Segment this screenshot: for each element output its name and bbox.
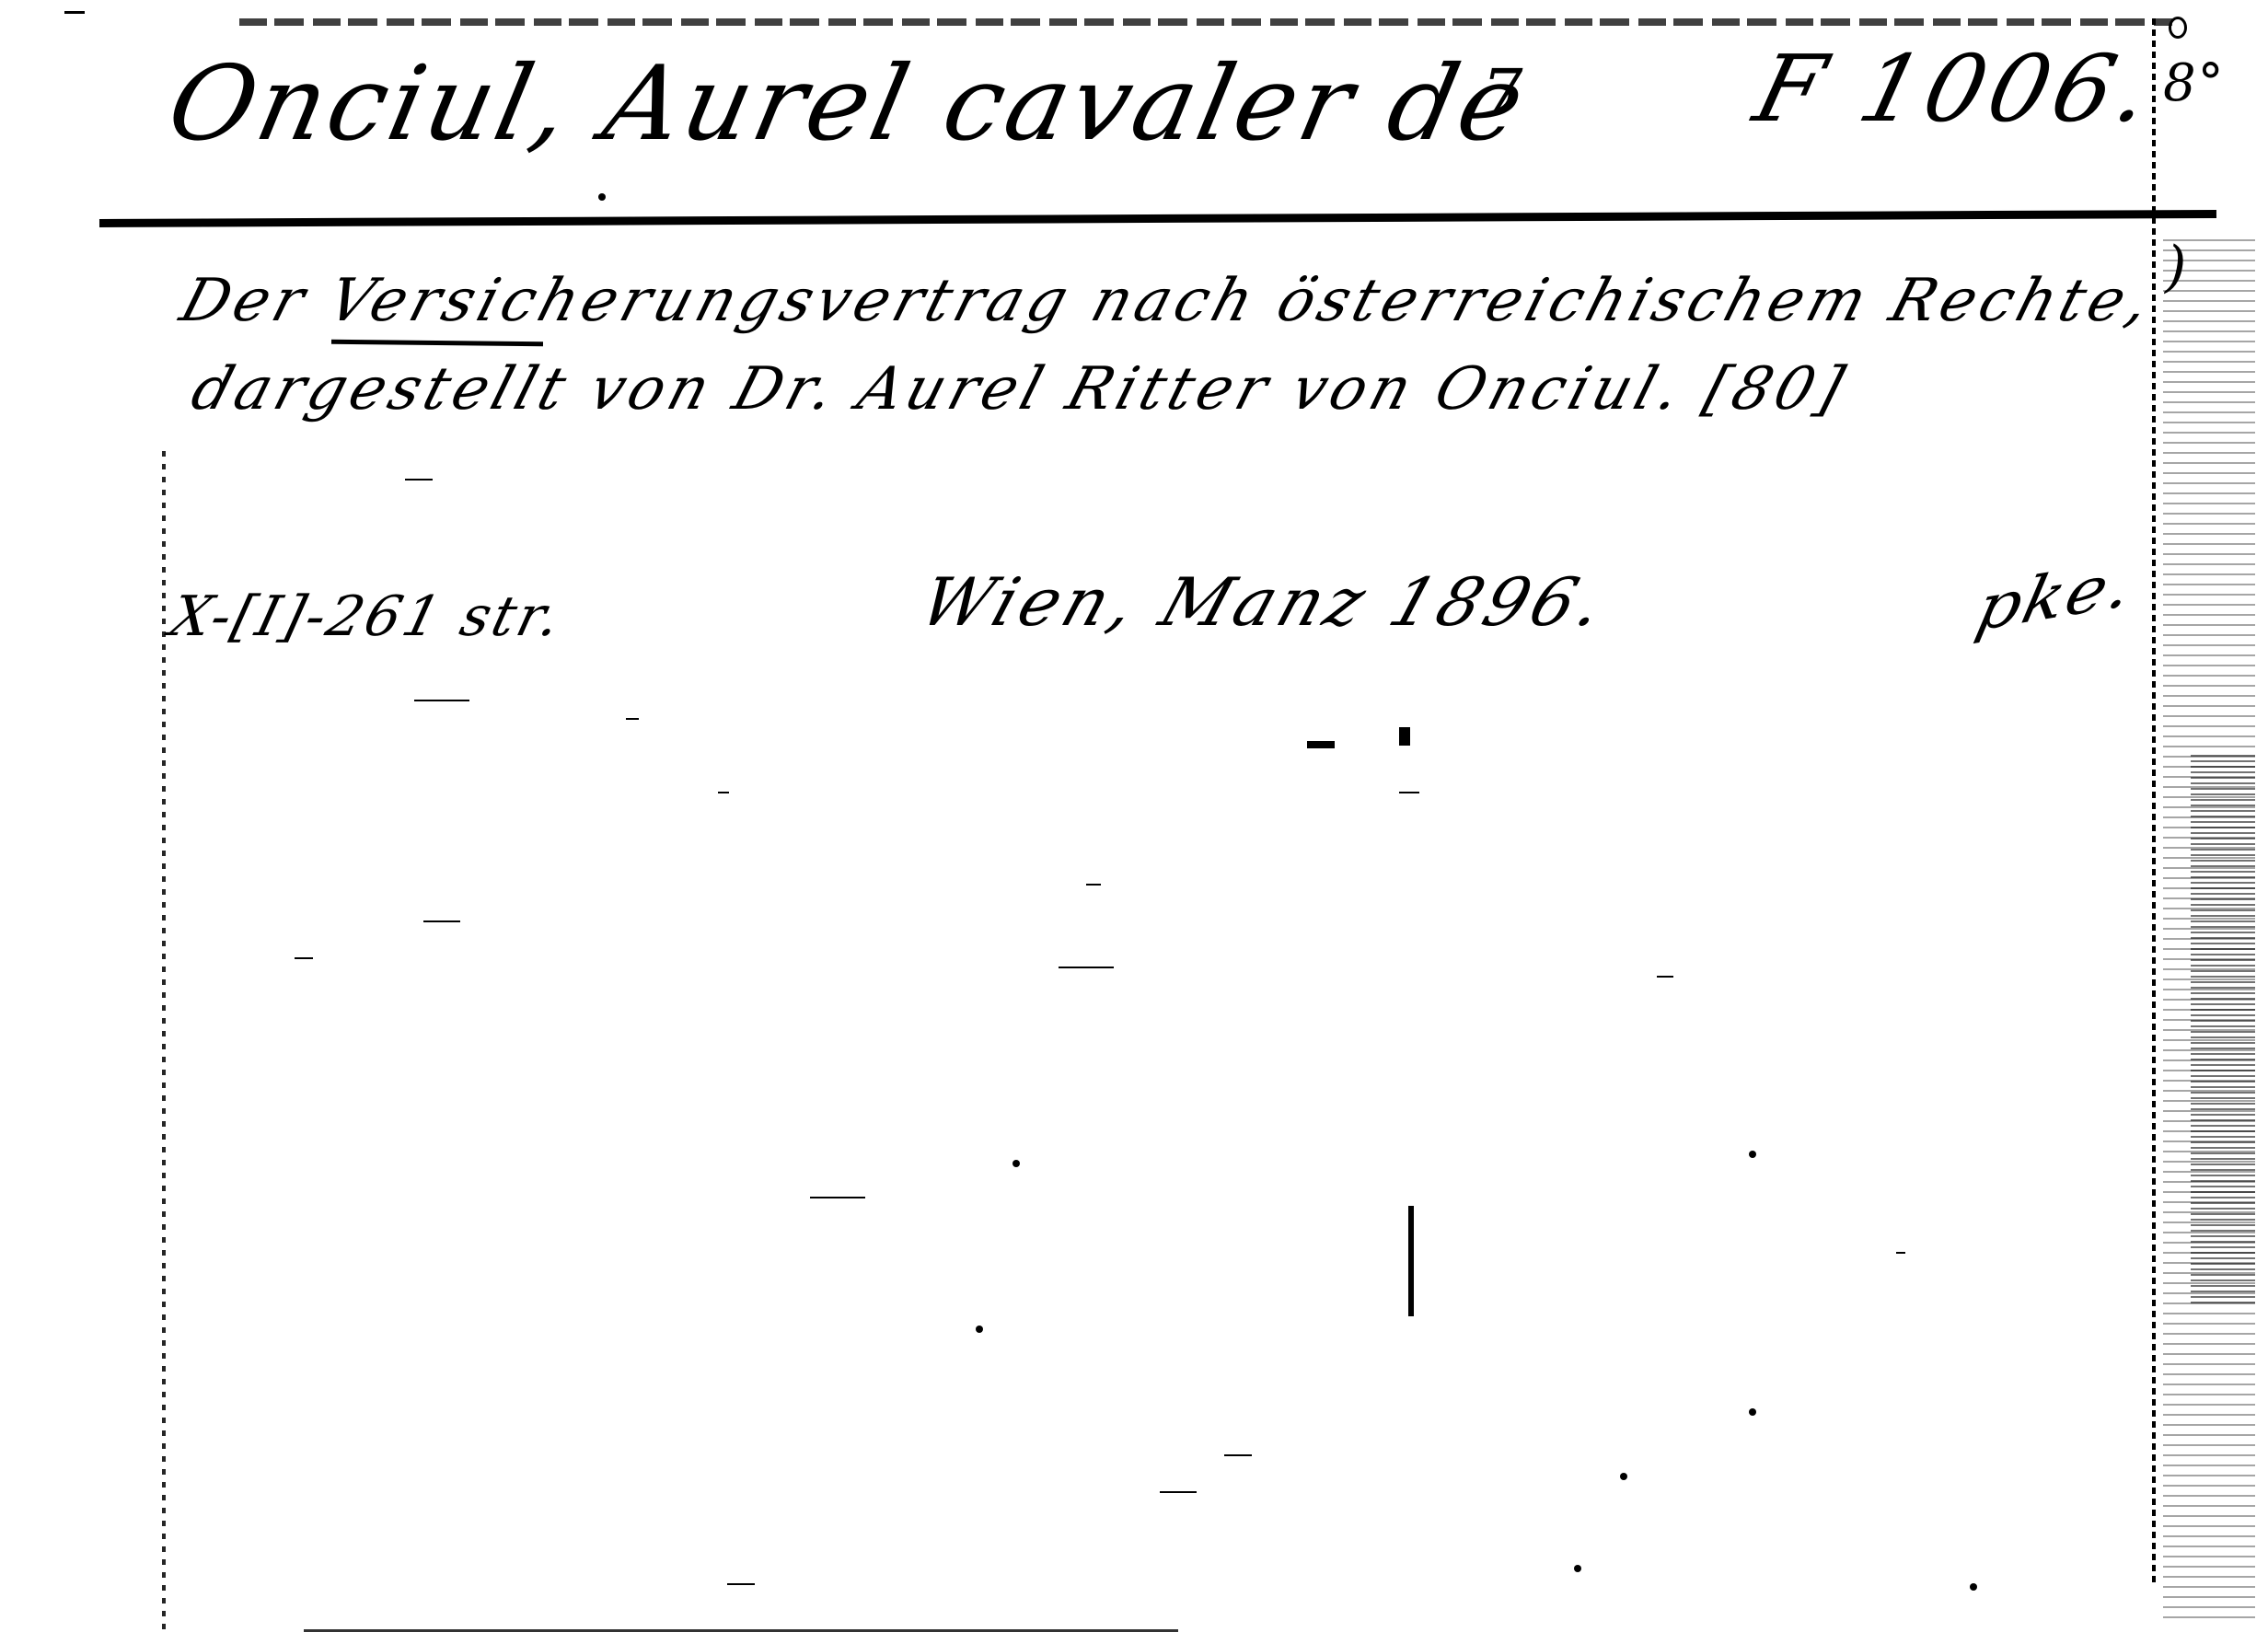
title-line-1: Der Versicherungsvertrag nach österreich… bbox=[173, 267, 2161, 335]
scan-speck bbox=[1160, 1491, 1197, 1493]
scan-speck bbox=[1620, 1473, 1627, 1480]
scan-speck bbox=[1059, 967, 1114, 968]
scan-mark bbox=[64, 11, 85, 14]
imprint: Wien, Manz 1896. bbox=[911, 563, 1618, 641]
scan-speck bbox=[405, 479, 433, 480]
pagination: X-[I]-261 str. bbox=[164, 585, 570, 649]
scan-speck bbox=[727, 1583, 755, 1585]
format-degree-mark bbox=[2169, 17, 2187, 39]
scan-speck bbox=[1012, 1160, 1020, 1167]
scan-speck bbox=[718, 792, 729, 793]
right-edge-scan-noise-dense bbox=[2191, 755, 2255, 1307]
scan-speck bbox=[1307, 741, 1335, 748]
scan-speck bbox=[1574, 1565, 1581, 1572]
scan-speck bbox=[1749, 1408, 1756, 1416]
scan-speck bbox=[1086, 884, 1101, 886]
scan-speck bbox=[1408, 1206, 1414, 1316]
scan-speck bbox=[626, 718, 639, 720]
left-dotted-margin bbox=[162, 451, 166, 1629]
top-scan-edge bbox=[239, 18, 2172, 26]
shelfmark: F 1006. bbox=[1744, 35, 2167, 143]
scan-speck bbox=[1970, 1583, 1977, 1591]
author-heading: Onciul, Aurel cavaler de bbox=[158, 44, 1537, 164]
scan-speck bbox=[976, 1326, 983, 1333]
header-rule bbox=[99, 210, 2216, 227]
heading-mark: 7 bbox=[1482, 55, 1525, 131]
title-underline bbox=[331, 340, 543, 346]
format: 8° bbox=[2163, 53, 2226, 113]
bottom-edge-rule bbox=[304, 1629, 1178, 1632]
title-line-2: dargestellt von Dr. Aurel Ritter von Onc… bbox=[184, 355, 1856, 423]
scan-speck bbox=[1896, 1252, 1905, 1254]
scan-speck bbox=[1399, 727, 1410, 746]
scan-speck bbox=[414, 700, 469, 701]
scan-speck bbox=[810, 1197, 865, 1198]
cataloger-initials: pke. bbox=[1970, 547, 2141, 646]
scan-speck bbox=[598, 193, 606, 201]
scan-speck bbox=[1224, 1454, 1252, 1456]
right-dotted-margin bbox=[2152, 18, 2156, 1583]
scan-speck bbox=[1399, 792, 1419, 793]
scan-speck bbox=[423, 920, 460, 922]
scan-speck bbox=[1749, 1151, 1756, 1158]
scan-speck bbox=[1657, 976, 1673, 978]
scan-speck bbox=[295, 957, 313, 959]
catalog-card: Onciul, Aurel cavaler de 7 F 1006. 8° De… bbox=[0, 0, 2268, 1644]
